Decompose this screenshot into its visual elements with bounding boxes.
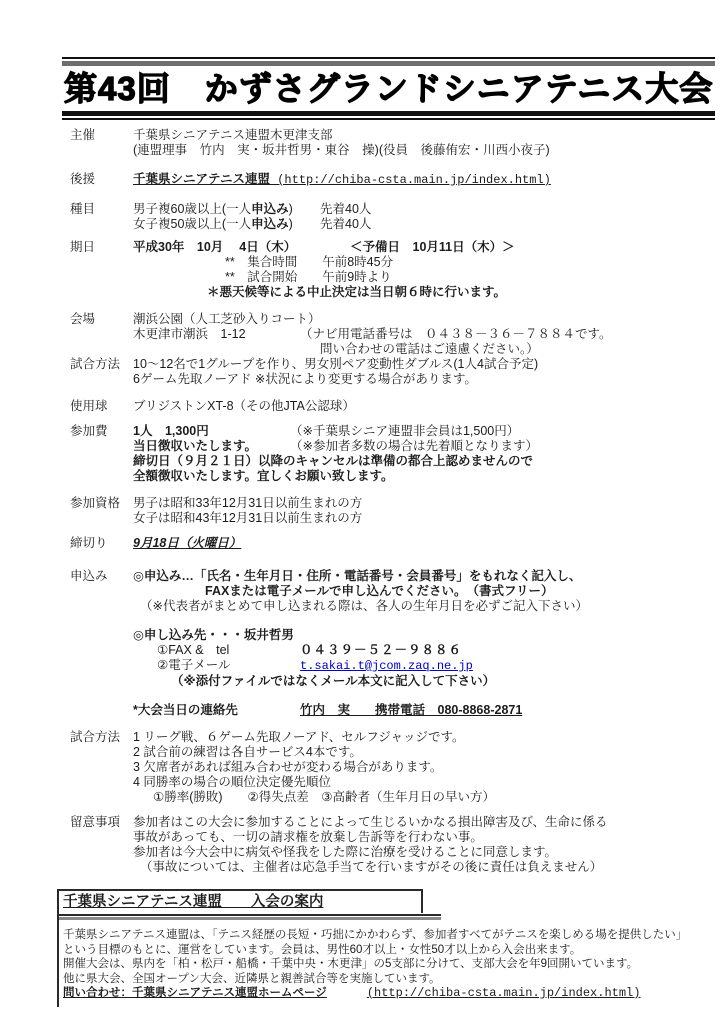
membership-line4: 他に県大会、全国オープン大会、近隣県と親善試合等を実施しています。 (63, 972, 715, 987)
banner-rule-top-thick (62, 61, 715, 66)
fee-label: 参加費 (70, 424, 133, 484)
date-reserve: ＜予備日 10月11日（木）＞ (350, 240, 515, 254)
title-banner: 第43回 かずさグランドシニアテニス大会 (0, 0, 723, 120)
date-meet-time: ** 集合時間 午前8時45分 (133, 255, 713, 270)
contact-label: *大会当日の連絡先 (133, 703, 300, 718)
support-link-line: 千葉県シニアテニス連盟 (http://chiba-csta.main.jp/i… (133, 172, 713, 188)
organizer-line2: (連盟理事 竹内 実・坂井哲男・東谷 操)(役員 後藤侑宏・川西小夜子) (133, 143, 713, 158)
support-name: 千葉県シニアテニス連盟 (133, 172, 270, 186)
banner-rule-top-thin (62, 57, 715, 59)
notes-line1: 参加者はこの大会に参加することによって生じるいかなる損出障害及び、生命に係る (133, 815, 713, 830)
fax-number: ０４３９－５２－９８８６ (300, 643, 462, 657)
organizer-label: 主催 (70, 128, 133, 158)
inquiry-url: (http://chiba-csta.main.jp/index.html) (367, 986, 641, 1000)
membership-box-heading: 千葉県シニアテニス連盟 入会の案内 (59, 889, 423, 913)
fee-line2: 当日徴収いたします。（※参加者多数の場合は先着順となります） (133, 439, 713, 454)
row-organizer: 主催 千葉県シニアテニス連盟木更津支部 (連盟理事 竹内 実・坂井哲男・東谷 操… (70, 128, 713, 158)
application-email-line: ②電子メールt.sakai.t@jcom.zaq.ne.jp (133, 658, 713, 674)
row-deadline: 締切り 9月18日（火曜日） (70, 536, 713, 551)
email-link[interactable]: t.sakai.t@jcom.zaq.ne.jp (300, 659, 473, 673)
page-title: 第43回 かずさグランドシニアテニス大会 (64, 68, 715, 110)
deadline-date: 9月18日（火曜日） (133, 536, 241, 550)
rules-item4: 4 同勝率の場合の順位決定優先順位 (133, 775, 713, 790)
contact-value: 竹内 実 携帯電話 080-8868-2871 (300, 703, 522, 717)
application-line2: FAXまたは電子メールで申し込んでください。 （書式フリー） (133, 584, 713, 599)
date-label: 期日 (70, 240, 133, 300)
venue-label: 会場 (70, 312, 133, 357)
fee-line1: 1人 1,300円（※千葉県シニア連盟非会員は1,500円） (133, 424, 713, 439)
support-label: 後援 (70, 172, 133, 188)
row-support: 後援 千葉県シニアテニス連盟 (http://chiba-csta.main.j… (70, 172, 713, 188)
membership-inquiry-line: 問い合わせ：千葉県シニアテニス連盟ホームページ(http://chiba-cst… (63, 986, 715, 1001)
deadline-label: 締切り (70, 536, 133, 551)
notes-label: 留意事項 (70, 815, 133, 875)
application-fax-line: ①FAX & tel０４３９－５２－９８８６ (133, 643, 713, 658)
membership-line3: 開催大会は、県内を「柏・松戸・船橋・千葉中央・木更津」の5支部に分けて、支部大会… (63, 957, 715, 972)
row-venue: 会場 潮浜公園（人工芝砂入りコート） 木更津市潮浜 1-12（ナビ用電話番号は … (70, 312, 713, 357)
membership-box: 千葉県シニアテニス連盟 入会の案内 千葉県シニアテニス連盟は、「テニス経歴の長短… (57, 889, 715, 1007)
support-url: (http://chiba-csta.main.jp/index.html) (270, 173, 551, 187)
rules-item2: 2 試合前の練習は各自サービス4本です。 (133, 745, 713, 760)
membership-line1: 千葉県シニアテニス連盟は、「テニス経歴の長短・巧拙にかかわらず、参加者すべてがテ… (63, 928, 715, 943)
row-date: 期日 平成30年 10月 4日（木）＜予備日 10月11日（木）＞ ** 集合時… (70, 240, 713, 300)
events-women-capacity: 先着40人 (320, 217, 371, 231)
balls-label: 使用球 (70, 399, 133, 414)
notes-line3: 参加者は今大会中に病気や怪我をした際に治療を受けることに同意します。 (133, 845, 713, 860)
date-main: 平成30年 10月 4日（木） (133, 240, 350, 255)
date-cancel-note: ＊悪天候等による中止決定は当日朝６時に行います。 (133, 285, 713, 300)
membership-box-rule-dark (59, 914, 441, 916)
application-line3: （※代表者がまとめて申し込まれる際は、各人の生年月日を必ずご記入下さい） (133, 599, 713, 614)
rules-item3: 3 欠席者があれば組み合わせが変わる場合があります。 (133, 760, 713, 775)
events-men-capacity: 先着40人 (320, 202, 371, 216)
date-start-time: ** 試合開始 午前9時より (133, 270, 713, 285)
banner-rule-bottom-thin (62, 118, 715, 120)
email-label: ②電子メール (157, 658, 300, 673)
row-events: 種目 男子複60歳以上(一人申込み)先着40人 女子複50歳以上(一人申込み)先… (70, 202, 713, 232)
inquiry-label: 問い合わせ：千葉県シニアテニス連盟ホームページ (63, 987, 327, 999)
notes-line4: （事故については、主催者は応急手当てを行いますがその後に責任は負えません） (133, 860, 713, 875)
membership-box-body: 千葉県シニアテニス連盟は、「テニス経歴の長短・巧拙にかかわらず、参加者すべてがテ… (59, 920, 715, 1007)
fee-line4: 全額徴収いたします。宜しくお願い致します。 (133, 469, 713, 484)
row-application: 申込み ◎申込み…「氏名・生年月日・住所・電話番号・会員番号」をもれなく記入し、… (70, 569, 713, 718)
membership-line2: という目標のもとに、運営をしています。会員は、男性60才以上・女性50才以上から… (63, 943, 715, 958)
events-men-line: 男子複60歳以上(一人申込み)先着40人 (133, 202, 713, 217)
row-balls: 使用球 ブリジストンXT-8（その他JTA公認球） (70, 399, 713, 414)
fee-line3: 締切日（９月２１日）以降のキャンセルは準備の都合上認めませんので (133, 454, 713, 469)
application-contact-line: *大会当日の連絡先竹内 実 携帯電話 080-8868-2871 (133, 703, 713, 718)
venue-phone: （ナビ用電話番号は ０４３８－３６－７８８４です。 (300, 327, 612, 341)
events-label: 種目 (70, 202, 133, 232)
venue-line1: 潮浜公園（人工芝砂入りコート） (133, 312, 713, 327)
fee-firstcome-note: （※参加者多数の場合は先着順となります） (290, 439, 538, 453)
eligibility-label: 参加資格 (70, 496, 133, 526)
fee-amount: 1人 1,300円 (133, 424, 290, 439)
venue-line3: 問い合わせの電話はご遠慮ください。） (133, 342, 713, 357)
rules-item1: 1 リーグ戦、６ゲーム先取ノーアド、セルフジャッジです。 (133, 730, 713, 745)
banner-rule-bottom-thick (62, 111, 715, 116)
format-label: 試合方法 (70, 357, 133, 387)
rules-label: 試合方法 (70, 730, 133, 805)
rules-item4-sub: ①勝率(勝敗) ②得失点差 ③高齢者（生年月日の早い方） (133, 790, 713, 805)
eligibility-line2: 女子は昭和43年12月31日以前生まれの方 (133, 511, 713, 526)
eligibility-line1: 男子は昭和33年12月31日以前生まれの方 (133, 496, 713, 511)
organizer-line1: 千葉県シニアテニス連盟木更津支部 (133, 128, 713, 143)
row-notes: 留意事項 参加者はこの大会に参加することによって生じるいかなる損出障害及び、生命… (70, 815, 713, 875)
row-rules: 試合方法 1 リーグ戦、６ゲーム先取ノーアド、セルフジャッジです。 2 試合前の… (70, 730, 713, 805)
venue-line2: 木更津市潮浜 1-12（ナビ用電話番号は ０４３８－３６－７８８４です。 (133, 327, 713, 342)
info-rows: 主催 千葉県シニアテニス連盟木更津支部 (連盟理事 竹内 実・坂井哲男・東谷 操… (70, 128, 713, 875)
fax-label: ①FAX & tel (157, 643, 300, 658)
events-women-line: 女子複50歳以上(一人申込み)先着40人 (133, 217, 713, 232)
format-line1: 10～12名で1グループを作り、男女別ペア変動性ダブルス(1人4試合予定) (133, 357, 713, 372)
fee-nonmember-note: （※千葉県シニア連盟非会員は1,500円） (290, 424, 519, 438)
application-destination: ◎申し込み先・・・坂井哲男 (133, 628, 713, 643)
tournament-flyer-page: 第43回 かずさグランドシニアテニス大会 主催 千葉県シニアテニス連盟木更津支部… (0, 0, 723, 1024)
application-label: 申込み (70, 569, 133, 718)
application-email-note: （※添付ファイルではなくメール本文に記入して下さい） (133, 674, 713, 689)
application-line1: ◎申込み…「氏名・生年月日・住所・電話番号・会員番号」をもれなく記入し、 (133, 569, 713, 584)
row-format: 試合方法 10～12名で1グループを作り、男女別ペア変動性ダブルス(1人4試合予… (70, 357, 713, 387)
row-fee: 参加費 1人 1,300円（※千葉県シニア連盟非会員は1,500円） 当日徴収い… (70, 424, 713, 484)
row-eligibility: 参加資格 男子は昭和33年12月31日以前生まれの方 女子は昭和43年12月31… (70, 496, 713, 526)
balls-line1: ブリジストンXT-8（その他JTA公認球） (133, 399, 713, 414)
notes-line2: 事故があっても、一切の請求権を放棄し告訴等を行わない事。 (133, 830, 713, 845)
venue-address: 木更津市潮浜 1-12 (133, 327, 300, 342)
fee-collect: 当日徴収いたします。 (133, 439, 290, 454)
format-line2: 6ゲーム先取ノーアド ※状況により変更する場合があります。 (133, 372, 713, 387)
date-main-line: 平成30年 10月 4日（木）＜予備日 10月11日（木）＞ (133, 240, 713, 255)
